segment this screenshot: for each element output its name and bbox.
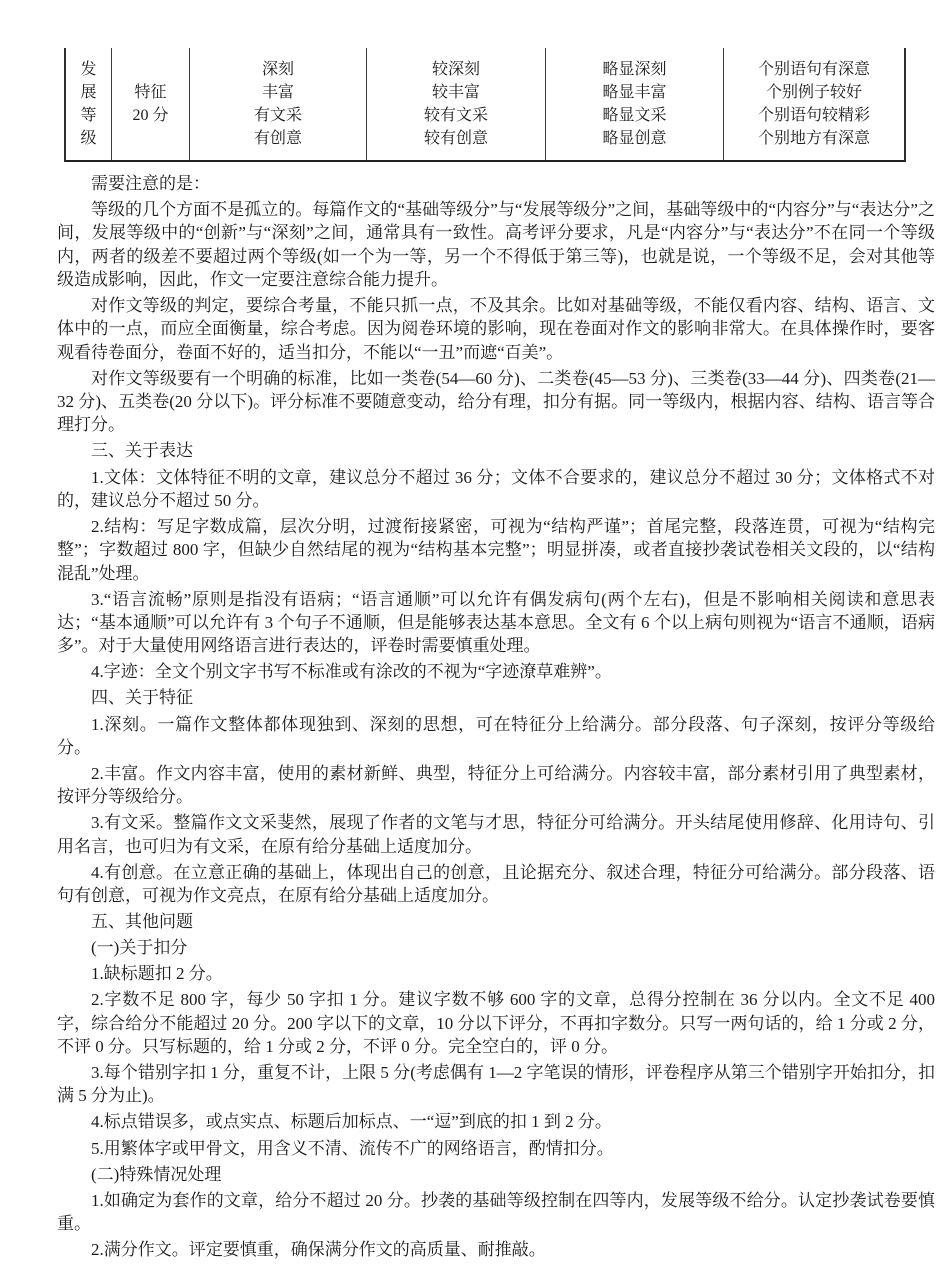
table-row-header-development-grade: 发 展 等 级 xyxy=(66,48,112,160)
grade-line: 个别例子较好 xyxy=(766,81,862,104)
paragraph: 3.每个错别字扣 1 分，重复不计，上限 5 分(考虑偶有 1—2 字笔误的情形… xyxy=(57,1061,935,1108)
row-header-char: 级 xyxy=(80,127,96,150)
paragraph: 4.有创意。在立意正确的基础上，体现出自己的创意，且论据充分、叙述合理，特征分可… xyxy=(57,861,935,908)
grade-line: 个别语句较精彩 xyxy=(758,104,870,127)
feature-points: 20 分 xyxy=(132,104,168,127)
table-cell-grade-2: 较深刻 较丰富 较有文采 较有创意 xyxy=(367,48,546,160)
section-heading-expression: 三、关于表达 xyxy=(57,439,935,462)
grade-line: 个别语句有深意 xyxy=(758,58,870,81)
grade-line: 深刻 xyxy=(262,58,294,81)
row-header-char: 等 xyxy=(80,104,96,127)
paragraph: 1.文体：文体特征不明的文章，建议总分不超过 36 分；文体不合要求的，建议总分… xyxy=(57,466,935,513)
table-cell-grade-4: 个别语句有深意 个别例子较好 个别语句较精彩 个别地方有深意 xyxy=(724,48,904,160)
paragraph: 对作文等级要有一个明确的标准，比如一类卷(54—60 分)、二类卷(45—53 … xyxy=(57,367,935,437)
row-header-char: 发 xyxy=(80,58,96,81)
paragraph: 5.用繁体字或甲骨文，用含义不清、流传不广的网络语言，酌情扣分。 xyxy=(57,1137,935,1160)
table-cell-grade-1: 深刻 丰富 有文采 有创意 xyxy=(190,48,367,160)
grade-line: 较有创意 xyxy=(424,127,488,150)
section-heading-other-issues: 五、其他问题 xyxy=(57,910,935,933)
subsection-heading-deductions: (一)关于扣分 xyxy=(57,936,935,959)
table-cell-grade-3: 略显深刻 略显丰富 略显文采 略显创意 xyxy=(546,48,724,160)
grade-line: 略显丰富 xyxy=(602,81,666,104)
paragraph: 4.标点错误多，或点实点、标题后加标点、一“逗”到底的扣 1 到 2 分。 xyxy=(57,1110,935,1133)
paragraph-note-lead: 需要注意的是： xyxy=(57,172,935,195)
subsection-heading-special-cases: (二)特殊情况处理 xyxy=(57,1163,935,1186)
paragraph: 1.缺标题扣 2 分。 xyxy=(57,962,935,985)
paragraph: 1.如确定为套作的文章，给分不超过 20 分。抄袭的基础等级控制在四等内，发展等… xyxy=(57,1189,935,1236)
paragraph: 2.丰富。作文内容丰富，使用的素材新鲜、典型，特征分上可给满分。内容较丰富，部分… xyxy=(57,762,935,809)
grade-line: 有创意 xyxy=(254,127,302,150)
grade-line: 略显文采 xyxy=(602,104,666,127)
paragraph: 2.结构：写足字数成篇，层次分明，过渡衔接紧密，可视为“结构严谨”；首尾完整，段… xyxy=(57,515,935,585)
grade-line: 略显创意 xyxy=(602,127,666,150)
grade-line: 略显深刻 xyxy=(602,58,666,81)
paragraph: 4.字迹：全文个别文字书写不标准或有涂改的不视为“字迹潦草难辨”。 xyxy=(57,660,935,683)
grade-line: 较丰富 xyxy=(432,81,480,104)
paragraph: 2.字数不足 800 字，每少 50 字扣 1 分。建议字数不够 600 字的文… xyxy=(57,988,935,1058)
paragraph: 1.深刻。一篇作文整体都体现独到、深刻的思想，可在特征分上给满分。部分段落、句子… xyxy=(57,713,935,760)
row-header-char: 展 xyxy=(80,81,96,104)
development-grade-table: 发 展 等 级 特征 20 分 深刻 丰富 有文采 有创意 较深刻 较丰富 较有… xyxy=(64,48,906,162)
paragraph: 3.“语言流畅”原则是指没有语病；“语言通顺”可以允许有偶发病句(两个左右)，但… xyxy=(57,588,935,658)
section-heading-features: 四、关于特征 xyxy=(57,686,935,709)
document-body: 需要注意的是： 等级的几个方面不是孤立的。每篇作文的“基础等级分”与“发展等级分… xyxy=(57,172,935,1264)
paragraph: 2.满分作文。评定要慎重，确保满分作文的高质量、耐推敲。 xyxy=(57,1238,935,1261)
grade-line: 个别地方有深意 xyxy=(758,127,870,150)
document-page: 发 展 等 级 特征 20 分 深刻 丰富 有文采 有创意 较深刻 较丰富 较有… xyxy=(0,0,950,1281)
grade-line: 较深刻 xyxy=(432,58,480,81)
paragraph: 等级的几个方面不是孤立的。每篇作文的“基础等级分”与“发展等级分”之间，基础等级… xyxy=(57,198,935,291)
paragraph: 对作文等级的判定，要综合考量，不能只抓一点，不及其余。比如对基础等级，不能仅看内… xyxy=(57,294,935,364)
grade-line: 有文采 xyxy=(254,104,302,127)
grade-line: 丰富 xyxy=(262,81,294,104)
feature-label: 特征 xyxy=(134,81,166,104)
paragraph: 3.有文采。整篇作文文采斐然，展现了作者的文笔与才思，特征分可给满分。开头结尾使… xyxy=(57,811,935,858)
table-cell-feature-20pts: 特征 20 分 xyxy=(112,48,190,160)
grade-line: 较有文采 xyxy=(424,104,488,127)
